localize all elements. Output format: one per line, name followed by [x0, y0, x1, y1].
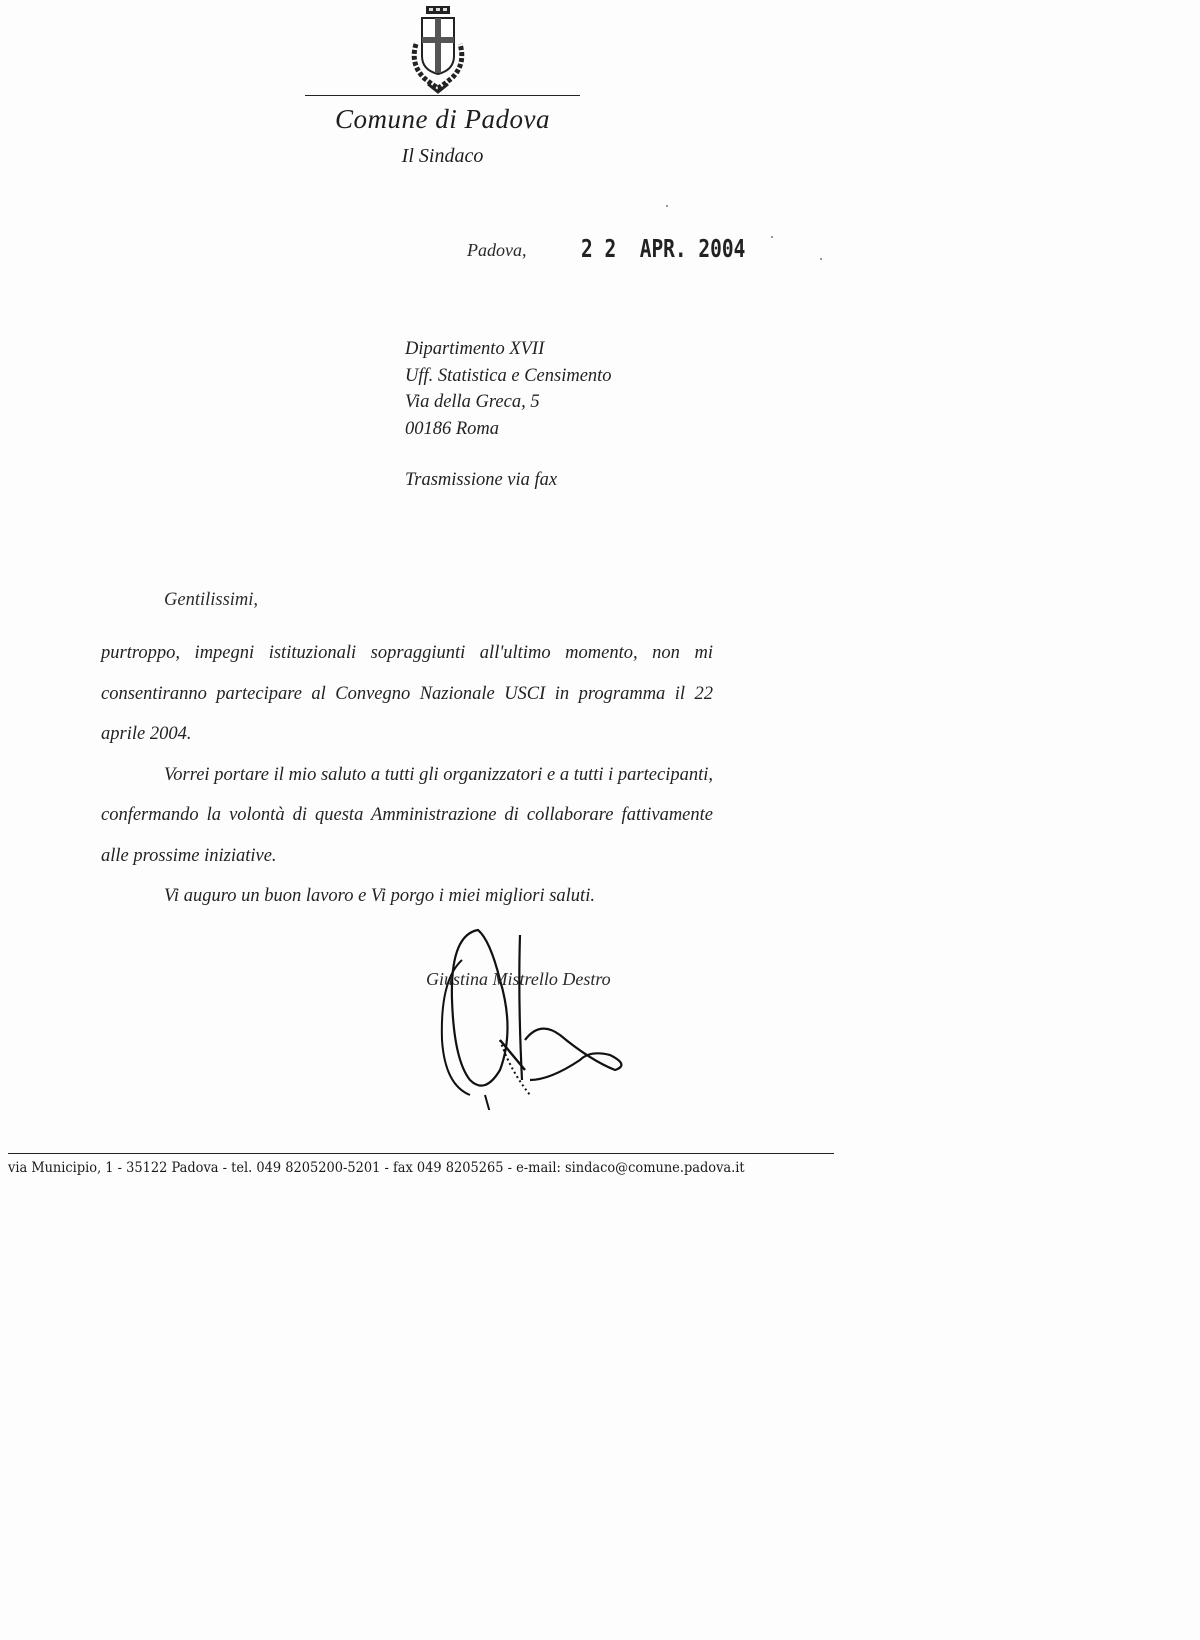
- recipient-address: Dipartimento XVII Uff. Statistica e Cens…: [405, 336, 612, 442]
- scan-speck: [666, 205, 668, 207]
- transmission-note: Trasmissione via fax: [405, 470, 557, 491]
- office-title: Il Sindaco: [305, 145, 580, 168]
- recipient-line: Uff. Statistica e Censimento: [405, 363, 612, 390]
- paragraph: Vi auguro un buon lavoro e Vi porgo i mi…: [101, 876, 713, 917]
- letterhead-divider: [305, 95, 580, 96]
- recipient-line: Via della Greca, 5: [405, 389, 612, 416]
- salutation: Gentilissimi,: [164, 590, 258, 611]
- handwritten-signature: [430, 920, 650, 1110]
- letter-body: purtroppo, impegni istituzionali sopragg…: [101, 633, 713, 917]
- dateline-place: Padova,: [467, 240, 526, 261]
- paragraph: Vorrei portare il mio saluto a tutti gli…: [101, 755, 713, 877]
- scan-speck: [771, 236, 773, 238]
- date-stamp: 2 2 APR. 2004: [581, 234, 745, 263]
- recipient-line: 00186 Roma: [405, 416, 612, 443]
- scan-speck: [820, 258, 822, 260]
- organization-name: Comune di Padova: [305, 104, 580, 135]
- coat-of-arms-icon: [406, 4, 470, 94]
- footer-divider: [8, 1153, 834, 1154]
- signatory-name: Giustina Mistrello Destro: [426, 969, 611, 990]
- footer-contact: via Municipio, 1 - 35122 Padova - tel. 0…: [8, 1160, 745, 1176]
- paragraph: purtroppo, impegni istituzionali sopragg…: [101, 633, 713, 755]
- recipient-line: Dipartimento XVII: [405, 336, 612, 363]
